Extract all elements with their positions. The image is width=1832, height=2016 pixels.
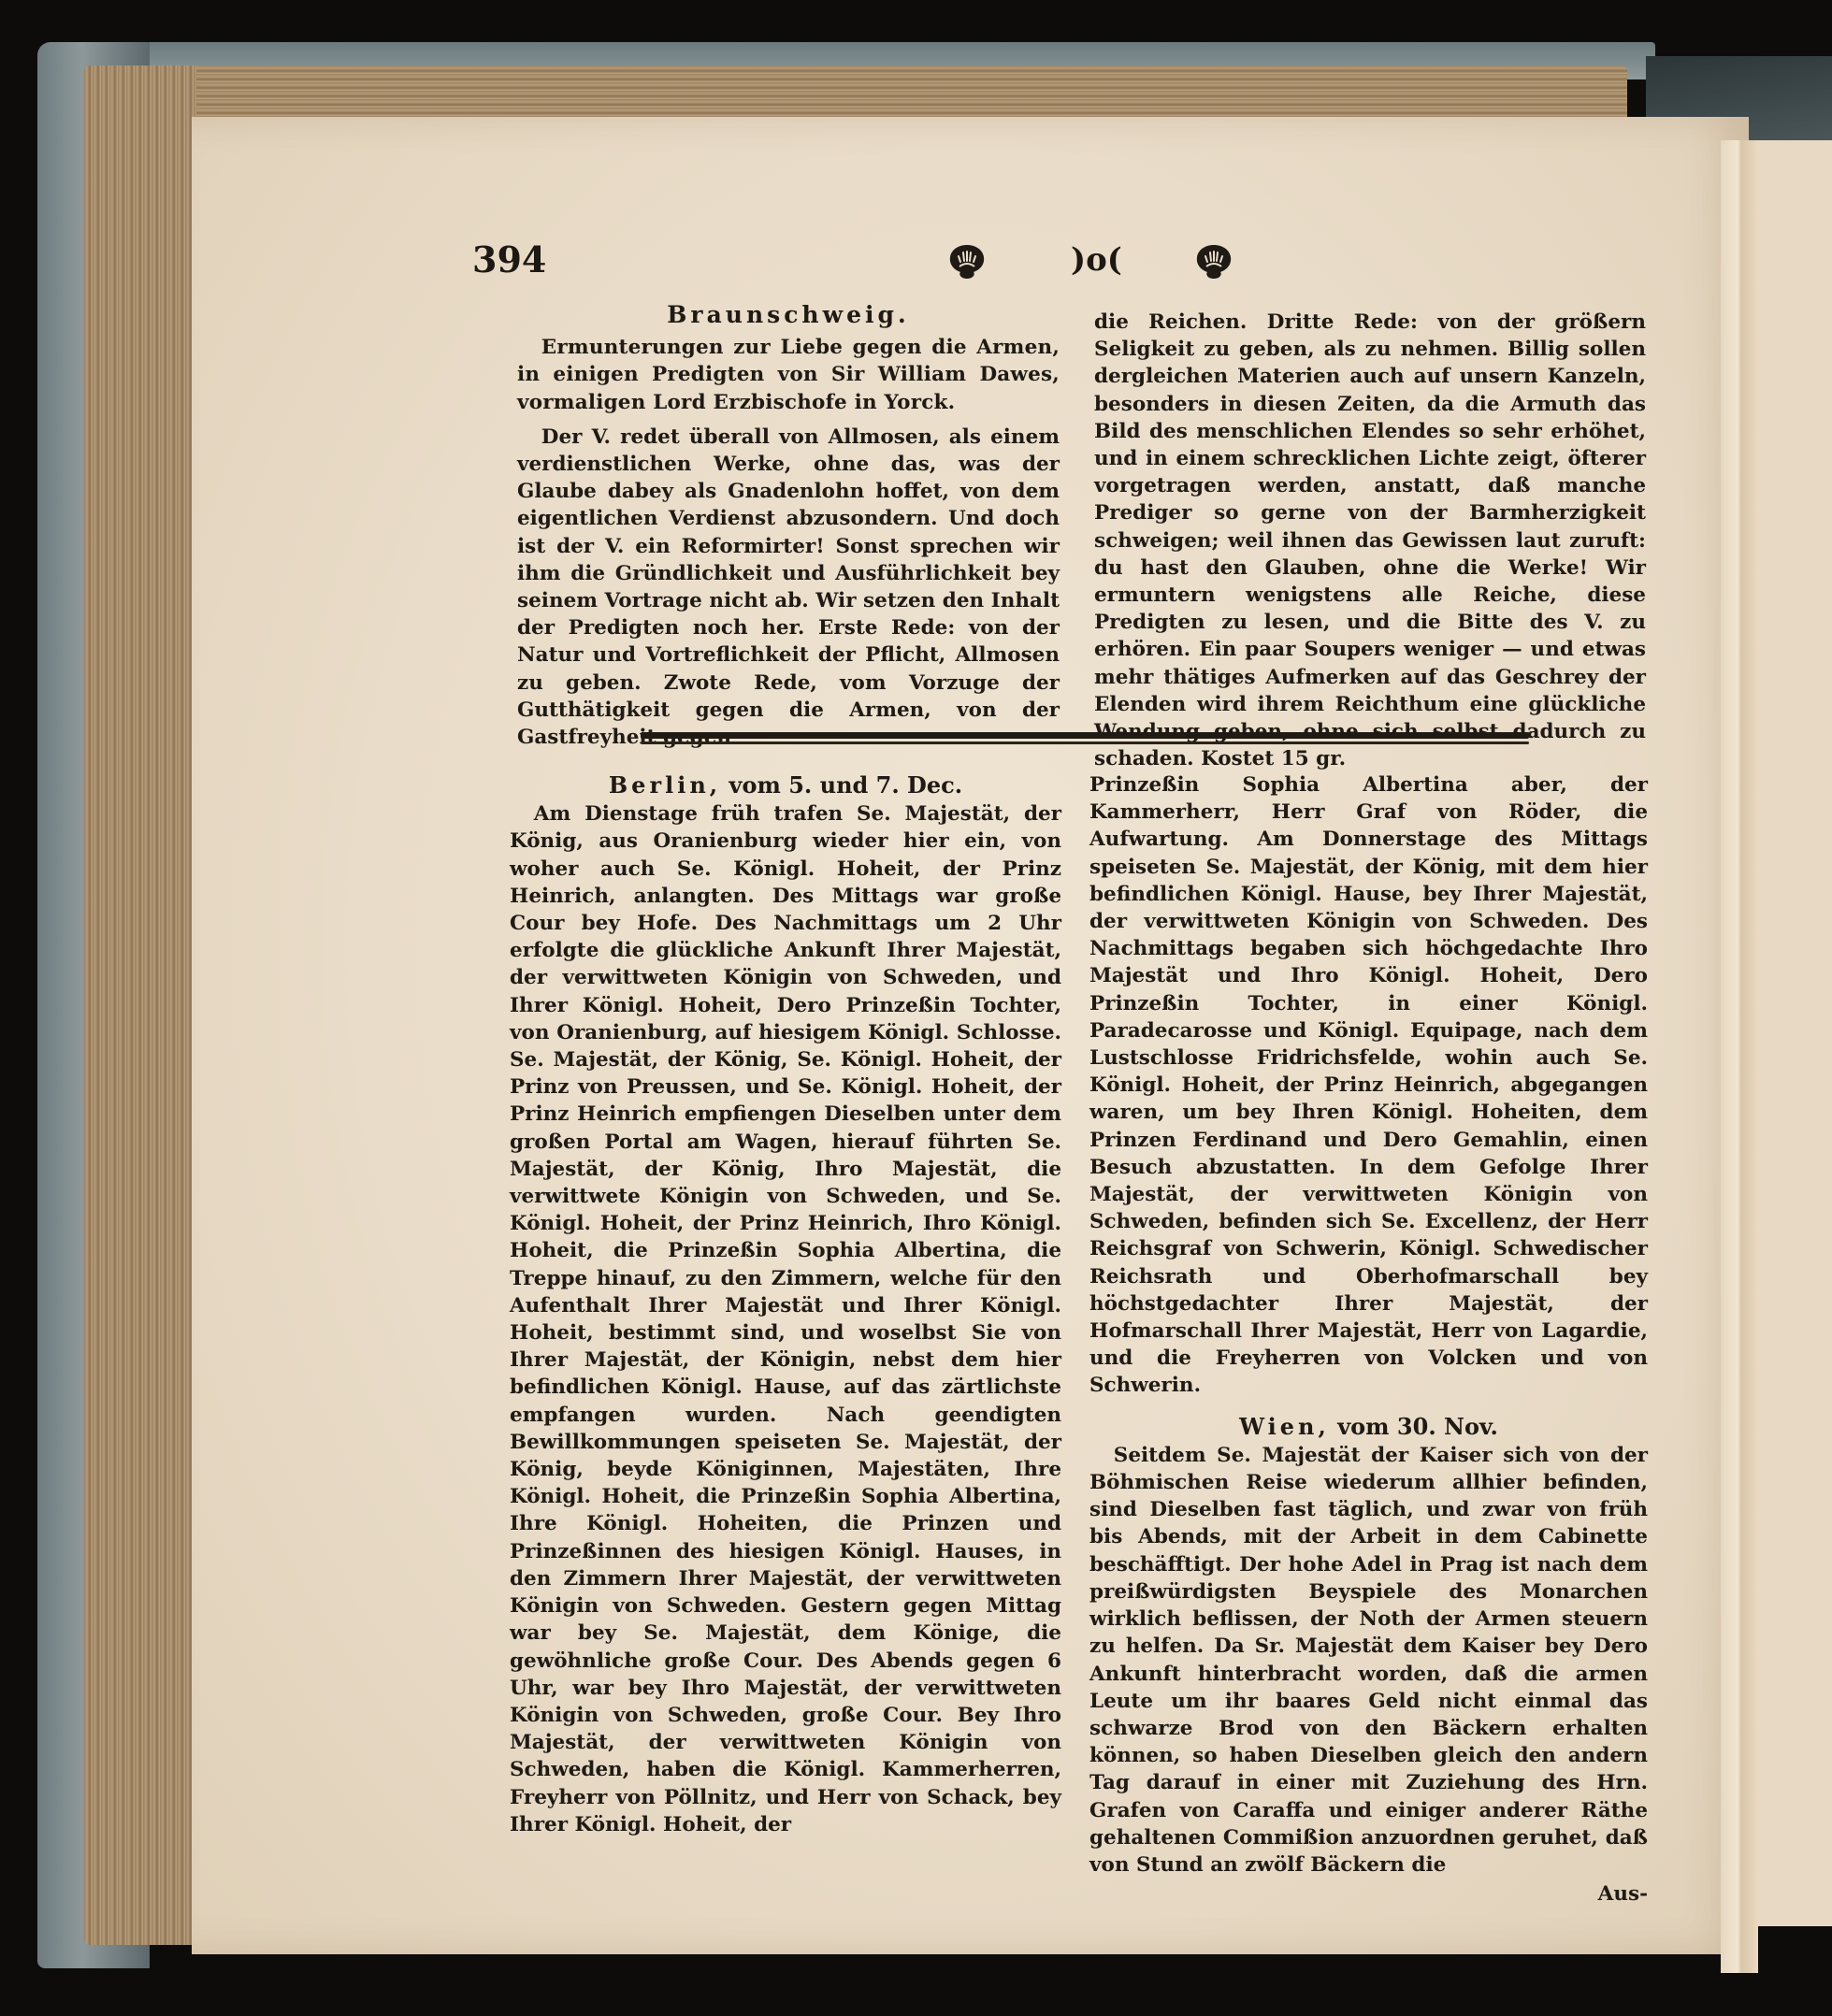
wien-report: Seitdem Se. Majestät der Kaiser sich von…: [1089, 1442, 1648, 1879]
running-head: 394 )o(: [472, 234, 1239, 290]
berlin-report-part2: Prinzeßin Sophia Albertina aber, der Kam…: [1089, 771, 1648, 1400]
review-price: Kostet 15 gr.: [1201, 747, 1346, 770]
shell-ornament-icon: [947, 243, 987, 281]
ornament-divider-glyph: )o(: [1071, 241, 1122, 279]
page-gutter: [1721, 140, 1758, 1973]
dateline-berlin: Berlin, vom 5. und 7. Dec.: [510, 771, 1061, 799]
review-body-text: die Reichen. Dritte Rede: von der größer…: [1094, 310, 1646, 770]
section-divider-rule: [641, 732, 1529, 746]
dateline-place: Wien,: [1239, 1413, 1330, 1440]
shell-ornament-icon: [1194, 243, 1233, 281]
news-column-left: Berlin, vom 5. und 7. Dec. Am Dienstage …: [510, 771, 1061, 1838]
review-body-part1: Der V. redet überall von Allmosen, als e…: [517, 424, 1060, 751]
section-heading-braunschweig: Braunschweig.: [517, 301, 1060, 328]
page-edges-left: [84, 65, 196, 1945]
news-column-right: Prinzeßin Sophia Albertina aber, der Kam…: [1089, 771, 1648, 1908]
dateline-wien: Wien, vom 30. Nov.: [1089, 1413, 1648, 1440]
dateline-place: Berlin,: [609, 771, 721, 799]
review-column-left: Braunschweig. Ermunterungen zur Liebe ge…: [517, 301, 1060, 751]
divider-thin-line: [641, 742, 1529, 744]
berlin-report-part1: Am Dienstage früh trafen Se. Majestät, d…: [510, 800, 1061, 1838]
dateline-date: vom 30. Nov.: [1337, 1413, 1498, 1440]
review-body-part2: die Reichen. Dritte Rede: von der größer…: [1094, 309, 1646, 772]
catchword: Aus-: [1089, 1880, 1648, 1908]
reviewed-book-title: Ermunterungen zur Liebe gegen die Armen,…: [517, 334, 1060, 416]
facing-page-edge: [1758, 140, 1832, 1926]
review-column-right: die Reichen. Dritte Rede: von der größer…: [1094, 309, 1646, 772]
divider-thick-line: [641, 732, 1529, 739]
page-edges-top: [84, 65, 1627, 122]
page-number: 394: [472, 238, 546, 281]
dateline-date: vom 5. und 7. Dec.: [729, 771, 963, 799]
